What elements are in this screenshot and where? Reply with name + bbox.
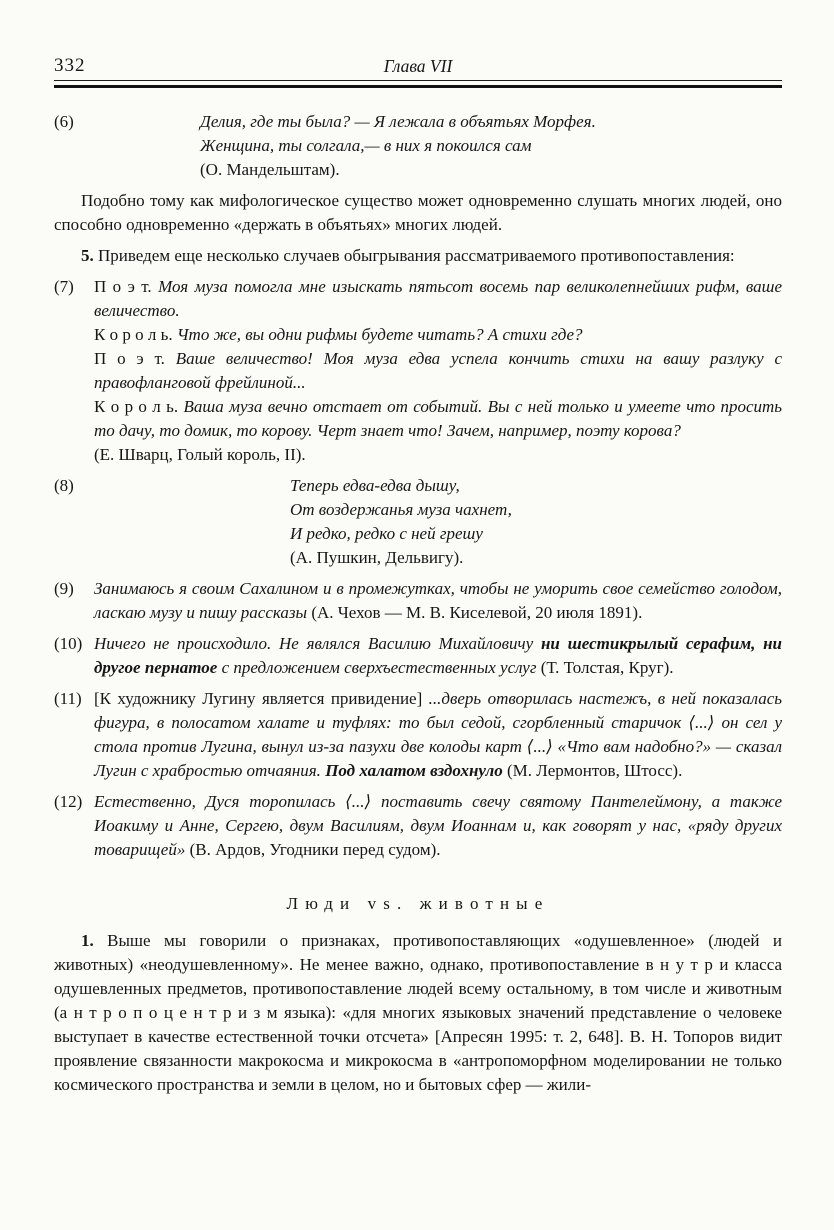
example-number: (12) <box>54 790 82 814</box>
verse-block: Теперь едва-едва дышу, От воздержанья му… <box>290 474 782 570</box>
example-6: (6) Делия, где ты была? — Я лежала в объ… <box>54 110 782 182</box>
example-text: [К художнику Лугину является привидение]… <box>94 687 782 783</box>
page-header: 332 Глава VII <box>54 54 782 78</box>
attribution-line: (Е. Шварц, Голый король, II). <box>94 443 782 467</box>
paragraph: 1. Выше мы говорили о признаках, противо… <box>54 929 782 1097</box>
chapter-title: Глава VII <box>384 56 453 76</box>
example-number: (11) <box>54 687 82 711</box>
example-8: (8) Теперь едва-едва дышу, От воздержань… <box>54 474 782 570</box>
verse-line: Теперь едва-едва дышу, <box>290 474 782 498</box>
verse-line: От воздержанья муза чахнет, <box>290 498 782 522</box>
dialogue-line: П о э т. Моя муза помогла мне изыскать п… <box>94 275 782 323</box>
verse-block: Делия, где ты была? — Я лежала в объятья… <box>200 110 782 182</box>
book-page: 332 Глава VII (6) Делия, где ты была? — … <box>0 0 834 1230</box>
example-text: Занимаюсь я своим Сахалином и в промежут… <box>94 577 782 625</box>
example-11: (11) [К художнику Лугину является привид… <box>54 687 782 783</box>
example-9: (9) Занимаюсь я своим Сахалином и в пром… <box>54 577 782 625</box>
example-number: (6) <box>54 110 74 134</box>
attribution-line: (А. Пушкин, Дельвигу). <box>290 546 782 570</box>
verse-line: И редко, редко с ней грешу <box>290 522 782 546</box>
example-body: Естественно, Дуся торопилась ⟨...⟩ поста… <box>94 790 782 862</box>
paragraph: 5. Приведем еще несколько случаев обыгры… <box>54 244 782 268</box>
running-head: Глава VII <box>54 54 782 79</box>
example-12: (12) Естественно, Дуся торопилась ⟨...⟩ … <box>54 790 782 862</box>
section-heading: Люди vs. животные <box>54 892 782 916</box>
example-7: (7) П о э т. Моя муза помогла мне изыска… <box>54 275 782 467</box>
example-text: Естественно, Дуся торопилась ⟨...⟩ поста… <box>94 790 782 862</box>
example-10: (10) Ничего не происходило. Не являлся В… <box>54 632 782 680</box>
example-body: Ничего не происходило. Не являлся Васили… <box>94 632 782 680</box>
example-body: П о э т. Моя муза помогла мне изыскать п… <box>94 275 782 467</box>
attribution-line: (О. Мандельштам). <box>200 158 782 182</box>
paragraph: Подобно тому как мифологическое существо… <box>54 189 782 237</box>
example-text: Ничего не происходило. Не являлся Васили… <box>94 632 782 680</box>
example-body: [К художнику Лугину является привидение]… <box>94 687 782 783</box>
header-rule <box>54 80 782 88</box>
example-number: (8) <box>54 474 74 498</box>
page-number: 332 <box>54 54 86 78</box>
verse-line: Делия, где ты была? — Я лежала в объятья… <box>200 110 782 134</box>
example-number: (10) <box>54 632 82 656</box>
dialogue-line: П о э т. Ваше величество! Моя муза едва … <box>94 347 782 395</box>
dialogue-line: К о р о л ь. Что же, вы одни рифмы будет… <box>94 323 782 347</box>
example-number: (7) <box>54 275 74 299</box>
example-body: Занимаюсь я своим Сахалином и в промежут… <box>94 577 782 625</box>
verse-line: Женщина, ты солгала,— в них я покоился с… <box>200 134 782 158</box>
example-number: (9) <box>54 577 74 601</box>
dialogue-line: К о р о л ь. Ваша муза вечно отстает от … <box>94 395 782 443</box>
